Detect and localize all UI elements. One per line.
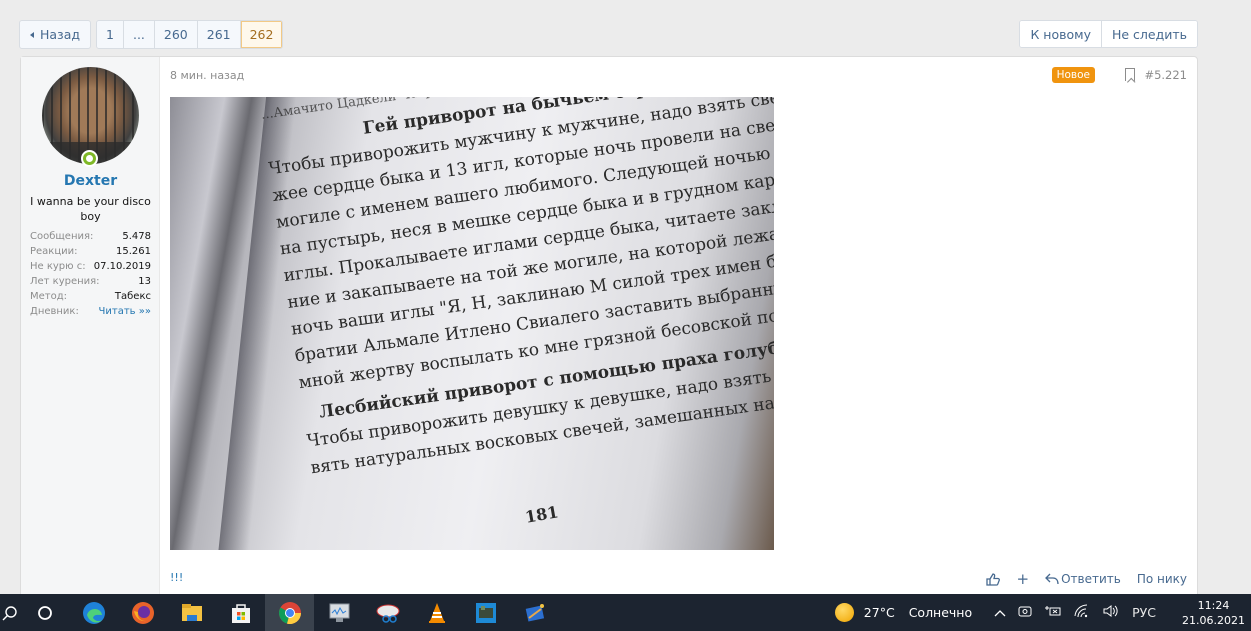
paint-app-icon[interactable] — [510, 594, 559, 631]
language-indicator[interactable]: РУС — [1132, 605, 1156, 620]
stat-value: Табекс — [115, 289, 151, 304]
snipping-tool-icon[interactable] — [363, 594, 412, 631]
stat-key: Метод: — [30, 289, 67, 304]
back-label: Назад — [40, 27, 80, 42]
stat-row: Реакции:15.261 — [30, 244, 151, 259]
page-link-1[interactable]: 1 — [97, 21, 124, 48]
stat-key: Не курю с: — [30, 259, 86, 274]
new-badge: Новое — [1052, 67, 1095, 83]
weather-temp[interactable]: 27°C — [864, 605, 895, 620]
monitor-app-icon[interactable] — [314, 594, 363, 631]
stat-value: 07.10.2019 — [94, 259, 151, 274]
by-nick-button[interactable]: По нику — [1137, 572, 1187, 586]
weather-condition[interactable]: Солнечно — [909, 605, 972, 620]
system-tray: 27°C Солнечно РУС 11:24 21.06.2021 — [835, 594, 1251, 631]
wifi-icon[interactable] — [1074, 604, 1090, 621]
to-new-button[interactable]: К новому — [1020, 21, 1102, 47]
reply-icon — [1045, 573, 1059, 585]
stat-key: Дневник: — [30, 304, 79, 319]
bookmark-icon[interactable] — [1125, 68, 1135, 81]
reply-label: Ответить — [1061, 572, 1121, 586]
chrome-icon[interactable] — [265, 594, 314, 631]
attached-photo[interactable]: ...Амачито Цадкели Чатрис". Сердце сжечь… — [170, 97, 774, 550]
edge-icon[interactable] — [69, 594, 118, 631]
post-actions: + Ответить По нику — [986, 570, 1187, 588]
pagination: Назад 1 ... 260 261 262 — [19, 20, 283, 49]
book-page-text: ...Амачито Цадкели Чатрис". Сердце сжечь… — [260, 97, 774, 482]
username[interactable]: Dexter — [21, 173, 160, 189]
stat-value: 13 — [138, 274, 151, 289]
stat-key: Реакции: — [30, 244, 78, 259]
stat-key: Сообщения: — [30, 229, 93, 244]
page-list: 1 ... 260 261 262 — [96, 20, 283, 49]
game-app-icon[interactable] — [461, 594, 510, 631]
file-explorer-icon[interactable] — [167, 594, 216, 631]
chevron-up-icon[interactable] — [994, 606, 1006, 620]
stat-value: 5.478 — [122, 229, 151, 244]
stat-row: Не курю с:07.10.2019 — [30, 259, 151, 274]
clock[interactable]: 11:24 21.06.2021 — [1182, 598, 1245, 628]
clock-time: 11:24 — [1182, 598, 1245, 613]
weather-sun-icon[interactable] — [835, 603, 854, 622]
page-link-260[interactable]: 260 — [155, 21, 198, 48]
stat-row: Сообщения:5.478 — [30, 229, 151, 244]
caret-left-icon — [30, 32, 34, 38]
user-title: I wanna be your disco boy — [26, 194, 155, 224]
stat-key: Лет курения: — [30, 274, 100, 289]
page-ellipsis[interactable]: ... — [124, 21, 155, 48]
stat-row: Дневник:Читать »» — [30, 304, 151, 319]
battery-icon[interactable] — [1044, 605, 1062, 620]
add-reaction-button[interactable]: + — [1016, 570, 1029, 588]
camera-icon[interactable] — [1018, 604, 1032, 621]
message-body: 8 мин. назад Новое #5.221 ...Амачито Цад… — [160, 57, 1197, 615]
user-stats: Сообщения:5.478 Реакции:15.261 Не курю с… — [30, 229, 151, 319]
firefox-icon[interactable] — [118, 594, 167, 631]
reply-button[interactable]: Ответить — [1045, 572, 1121, 586]
user-info-panel: Dexter I wanna be your disco boy Сообщен… — [21, 57, 160, 615]
store-icon[interactable] — [216, 594, 265, 631]
thumbs-up-icon[interactable] — [986, 573, 1000, 586]
vlc-icon[interactable] — [412, 594, 461, 631]
forum-post: Dexter I wanna be your disco boy Сообщен… — [20, 56, 1198, 616]
cortana-icon[interactable] — [20, 594, 69, 631]
online-status-icon — [81, 150, 98, 167]
volume-icon[interactable] — [1102, 604, 1120, 621]
diary-link[interactable]: Читать »» — [99, 304, 151, 319]
clock-date: 21.06.2021 — [1182, 613, 1245, 628]
page-link-current[interactable]: 262 — [241, 21, 283, 48]
windows-taskbar: 27°C Солнечно РУС 11:24 21.06.2021 — [0, 594, 1251, 631]
book-page-number: 181 — [524, 502, 560, 527]
back-button[interactable]: Назад — [19, 20, 91, 49]
stat-value: 15.261 — [116, 244, 151, 259]
unwatch-button[interactable]: Не следить — [1102, 21, 1197, 47]
page-link-261[interactable]: 261 — [198, 21, 241, 48]
post-signature: !!! — [170, 571, 183, 584]
search-icon[interactable] — [0, 594, 20, 631]
stat-row: Метод:Табекс — [30, 289, 151, 304]
post-number[interactable]: #5.221 — [1144, 68, 1187, 82]
post-date[interactable]: 8 мин. назад — [170, 69, 244, 82]
thread-actions: К новому Не следить — [1019, 20, 1198, 48]
stat-row: Лет курения:13 — [30, 274, 151, 289]
